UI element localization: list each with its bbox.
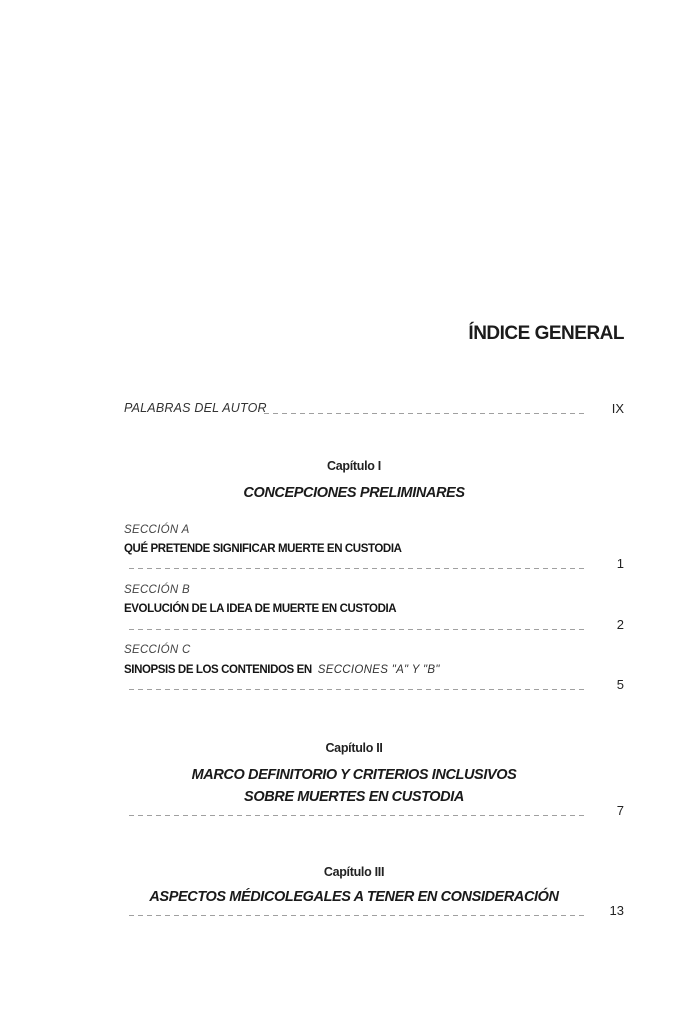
chapter-number-label: Capítulo III bbox=[0, 865, 699, 879]
dot-leader bbox=[129, 689, 586, 690]
section-title-suffix: SECCIONES "A" Y "B" bbox=[318, 664, 440, 676]
section-title: EVOLUCIÓN DE LA IDEA DE MUERTE EN CUSTOD… bbox=[124, 603, 396, 615]
section-label: SECCIÓN C bbox=[124, 644, 191, 656]
page-title: ÍNDICE GENERAL bbox=[468, 323, 624, 345]
chapter-number-label: Capítulo I bbox=[0, 459, 699, 473]
section-title-text: QUÉ PRETENDE SIGNIFICAR MUERTE EN CUSTOD… bbox=[124, 543, 402, 555]
chapter-number-label: Capítulo II bbox=[0, 741, 699, 755]
chapter-title-line-2: SOBRE MUERTES EN CUSTODIA bbox=[0, 786, 699, 808]
chapter-title-line-1: MARCO DEFINITORIO Y CRITERIOS INCLUSIVOS bbox=[0, 764, 699, 786]
section-title: SINOPSIS DE LOS CONTENIDOS ENSECCIONES "… bbox=[124, 664, 440, 676]
dot-leader bbox=[129, 915, 586, 916]
toc-page-number: 2 bbox=[617, 617, 624, 632]
dot-leader bbox=[129, 815, 586, 816]
section-title: QUÉ PRETENDE SIGNIFICAR MUERTE EN CUSTOD… bbox=[124, 543, 402, 555]
dot-leader bbox=[129, 629, 586, 630]
chapter-title: CONCEPCIONES PRELIMINARES bbox=[0, 482, 699, 504]
section-label: SECCIÓN A bbox=[124, 524, 190, 536]
chapter-title: ASPECTOS MÉDICOLEGALES A TENER EN CONSID… bbox=[0, 886, 699, 908]
toc-page-number: 7 bbox=[617, 803, 624, 818]
toc-page-number: 13 bbox=[610, 903, 624, 918]
section-title-text: EVOLUCIÓN DE LA IDEA DE MUERTE EN CUSTOD… bbox=[124, 603, 396, 615]
toc-page-number: 1 bbox=[617, 556, 624, 571]
toc-page-number: IX bbox=[612, 401, 624, 416]
dot-leader bbox=[129, 568, 586, 569]
toc-entry-label: PALABRAS DEL AUTOR bbox=[124, 401, 267, 415]
section-label: SECCIÓN B bbox=[124, 584, 190, 596]
toc-page-number: 5 bbox=[617, 677, 624, 692]
section-title-text: SINOPSIS DE LOS CONTENIDOS EN bbox=[124, 664, 312, 676]
dot-leader bbox=[264, 413, 586, 414]
